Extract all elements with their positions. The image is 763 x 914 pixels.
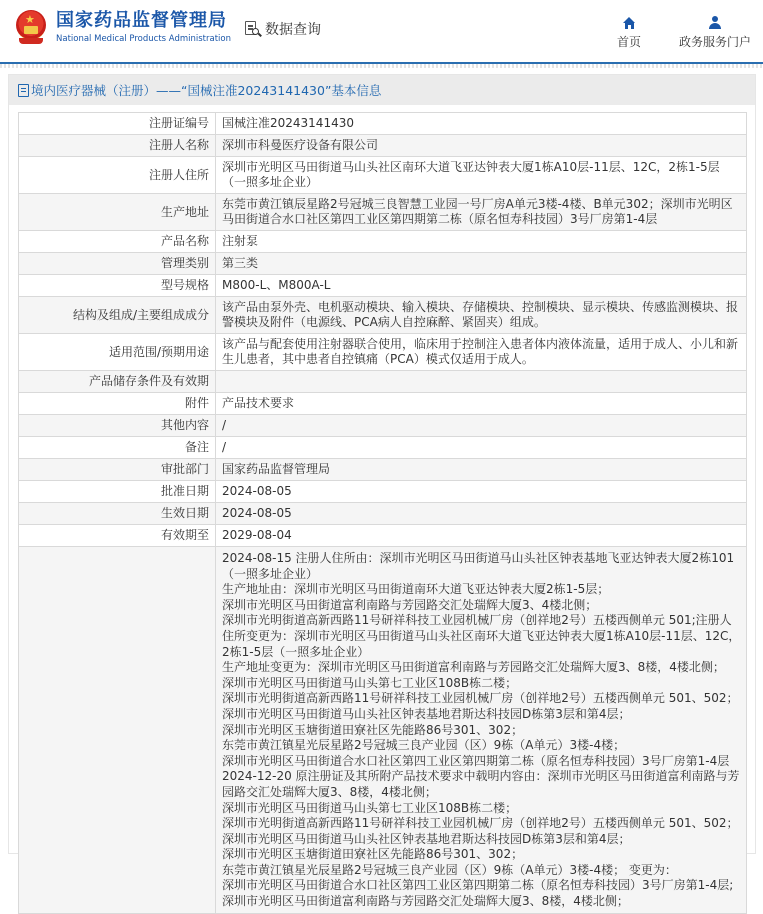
field-label: 生效日期: [19, 503, 216, 525]
history-line: 2栋1-5层（一照多址企业）: [222, 645, 741, 661]
nav-home-label: 首页: [599, 33, 659, 50]
field-value: 国家药品监督管理局: [216, 459, 747, 481]
field-label: 产品储存条件及有效期: [19, 371, 216, 393]
table-row: 注册人住所深圳市光明区马田街道马山头社区南环大道飞亚达钟表大厦1栋A10层-11…: [19, 157, 747, 194]
field-value: 2024-08-05: [216, 481, 747, 503]
history-line: 深圳市光明区马田街道富利南路与芳园路交汇处瑞辉大厦3、4楼北侧；: [222, 598, 741, 614]
field-value: /: [216, 437, 747, 459]
history-line: 生产地址变更为：深圳市光明区马田街道富利南路与芳园路交汇处瑞辉大厦3、8楼，4楼…: [222, 660, 741, 676]
document-search-icon: [244, 20, 262, 38]
home-icon: [623, 17, 635, 29]
field-label: 备注: [19, 437, 216, 459]
document-icon: [18, 84, 29, 97]
top-nav: 首页 政务服务门户: [599, 14, 763, 50]
history-line: 深圳市光明区玉塘街道田寮社区先能路86号301、302；: [222, 723, 741, 739]
table-row: 结构及组成/主要组成成分该产品由泵外壳、电机驱动模块、输入模块、存储模块、控制模…: [19, 297, 747, 334]
field-value: 注射泵: [216, 231, 747, 253]
field-label: 有效期至: [19, 525, 216, 547]
history-line: 深圳市光明街道高新西路11号研祥科技工业园机械厂房（创祥地2号）五楼西侧单元 5…: [222, 691, 741, 707]
data-query-label: 数据查询: [265, 19, 321, 39]
field-label: 批准日期: [19, 481, 216, 503]
field-value: 深圳市科曼医疗设备有限公司: [216, 135, 747, 157]
history-line: 2024-12-20 原注册证及其所附产品技术要求中载明内容由：深圳市光明区马田…: [222, 769, 741, 785]
history-line: （一照多址企业）: [222, 567, 741, 583]
history-line: 住所变更为：深圳市光明区马田街道马山头社区南环大道飞亚达钟表大厦1栋A10层-1…: [222, 629, 741, 645]
field-label: 注册证编号: [19, 113, 216, 135]
logo-title-cn: 国家药品监督管理局: [56, 10, 231, 32]
history-line: 深圳市光明街道高新西路11号研祥科技工业园机械厂房（创祥地2号）五楼西侧单元 5…: [222, 613, 741, 629]
panel-title-text: 境内医疗器械（注册）——“国械注准20243141430”基本信息: [31, 81, 381, 99]
panel-title: 境内医疗器械（注册）——“国械注准20243141430”基本信息: [9, 75, 755, 105]
field-label: 生产地址: [19, 194, 216, 231]
field-label: 其他内容: [19, 415, 216, 437]
table-row: 型号规格M800-L、M800A-L: [19, 275, 747, 297]
field-value: 2029-08-04: [216, 525, 747, 547]
change-history-row: 2024-08-15 注册人住所由：深圳市光明区马田街道马山头社区钟表基地飞亚达…: [19, 547, 747, 851]
table-row: 注册人名称深圳市科曼医疗设备有限公司: [19, 135, 747, 157]
site-header: ★ 国家药品监督管理局 National Medical Products Ad…: [0, 0, 763, 64]
site-logo[interactable]: ★ 国家药品监督管理局 National Medical Products Ad…: [14, 8, 231, 46]
field-label: [19, 547, 216, 851]
user-icon: [708, 16, 722, 29]
logo-title-en: National Medical Products Administration: [56, 33, 231, 45]
national-emblem-icon: ★: [14, 8, 48, 46]
nav-service-portal-label: 政务服务门户: [667, 33, 763, 50]
history-line: 深圳市光明区马田街道马山头社区钟表基地君斯达科技园D栋第3层和第4层；: [222, 832, 741, 848]
registration-info-table: 注册证编号国械注准20243141430 注册人名称深圳市科曼医疗设备有限公司 …: [18, 112, 747, 850]
field-label: 产品名称: [19, 231, 216, 253]
table-row: 适用范围/预期用途该产品与配套使用注射器联合使用，临床用于控制注入患者体内液体流…: [19, 334, 747, 371]
table-row: 产品储存条件及有效期: [19, 371, 747, 393]
table-row: 备注/: [19, 437, 747, 459]
nav-service-portal[interactable]: 政务服务门户: [667, 14, 763, 50]
history-line: 2024-08-15 注册人住所由：深圳市光明区马田街道马山头社区钟表基地飞亚达…: [222, 551, 741, 567]
field-label: 适用范围/预期用途: [19, 334, 216, 371]
field-label: 结构及组成/主要组成成分: [19, 297, 216, 334]
field-value: 第三类: [216, 253, 747, 275]
field-label: 附件: [19, 393, 216, 415]
field-value: 该产品由泵外壳、电机驱动模块、输入模块、存储模块、控制模块、显示模块、传感监测模…: [216, 297, 747, 334]
field-value: 产品技术要求: [216, 393, 747, 415]
field-label: 型号规格: [19, 275, 216, 297]
table-row: 产品名称注射泵: [19, 231, 747, 253]
history-line: 深圳市光明街道高新西路11号研祥科技工业园机械厂房（创祥地2号）五楼西侧单元 5…: [222, 816, 741, 832]
table-row: 注册证编号国械注准20243141430: [19, 113, 747, 135]
field-value: /: [216, 415, 747, 437]
table-row: 附件产品技术要求: [19, 393, 747, 415]
field-label: 管理类别: [19, 253, 216, 275]
field-value: 2024-08-05: [216, 503, 747, 525]
table-row: 审批部门国家药品监督管理局: [19, 459, 747, 481]
history-line: 生产地址由：深圳市光明区马田街道南环大道飞亚达钟表大厦2栋1-5层；: [222, 582, 741, 598]
history-line: 东莞市黄江镇星光辰星路2号冠城三良产业园（区）9栋（A单元）3楼-4楼；: [222, 738, 741, 754]
data-query-link[interactable]: 数据查询: [244, 19, 321, 39]
nav-home[interactable]: 首页: [599, 14, 659, 50]
field-label: 注册人住所: [19, 157, 216, 194]
field-label: 注册人名称: [19, 135, 216, 157]
history-line: 深圳市光明区马田街道马山头第七工业区108B栋二楼；: [222, 676, 741, 692]
change-history-text: 2024-08-15 注册人住所由：深圳市光明区马田街道马山头社区钟表基地飞亚达…: [216, 547, 747, 851]
field-value: 国械注准20243141430: [216, 113, 747, 135]
table-row: 生效日期2024-08-05: [19, 503, 747, 525]
table-row: 有效期至2029-08-04: [19, 525, 747, 547]
history-line: 深圳市光明区马田街道马山头社区钟表基地君斯达科技园D栋第3层和第4层；: [222, 707, 741, 723]
history-line: 园路交汇处瑞辉大厦3、8楼，4楼北侧；: [222, 785, 741, 801]
field-label: 审批部门: [19, 459, 216, 481]
table-row: 其他内容/: [19, 415, 747, 437]
table-row: 批准日期2024-08-05: [19, 481, 747, 503]
field-value: 深圳市光明区马田街道马山头社区南环大道飞亚达钟表大厦1栋A10层-11层、12C…: [216, 157, 747, 194]
history-line: 深圳市光明区马田街道合水口社区第四工业区第四期第二栋（原名恒寿科技园）3号厂房第…: [222, 754, 741, 770]
field-value: 东莞市黄江镇辰星路2号冠城三良智慧工业园一号厂房A单元3楼-4楼、B单元302；…: [216, 194, 747, 231]
field-value: 该产品与配套使用注射器联合使用，临床用于控制注入患者体内液体流量，适用于成人、小…: [216, 334, 747, 371]
history-line: 深圳市光明区马田街道马山头第七工业区108B栋二楼；: [222, 801, 741, 817]
table-row: 生产地址东莞市黄江镇辰星路2号冠城三良智慧工业园一号厂房A单元3楼-4楼、B单元…: [19, 194, 747, 231]
table-row: 管理类别第三类: [19, 253, 747, 275]
field-value: M800-L、M800A-L: [216, 275, 747, 297]
detail-panel: 境内医疗器械（注册）——“国械注准20243141430”基本信息 注册证编号国…: [8, 74, 756, 850]
field-value: [216, 371, 747, 393]
